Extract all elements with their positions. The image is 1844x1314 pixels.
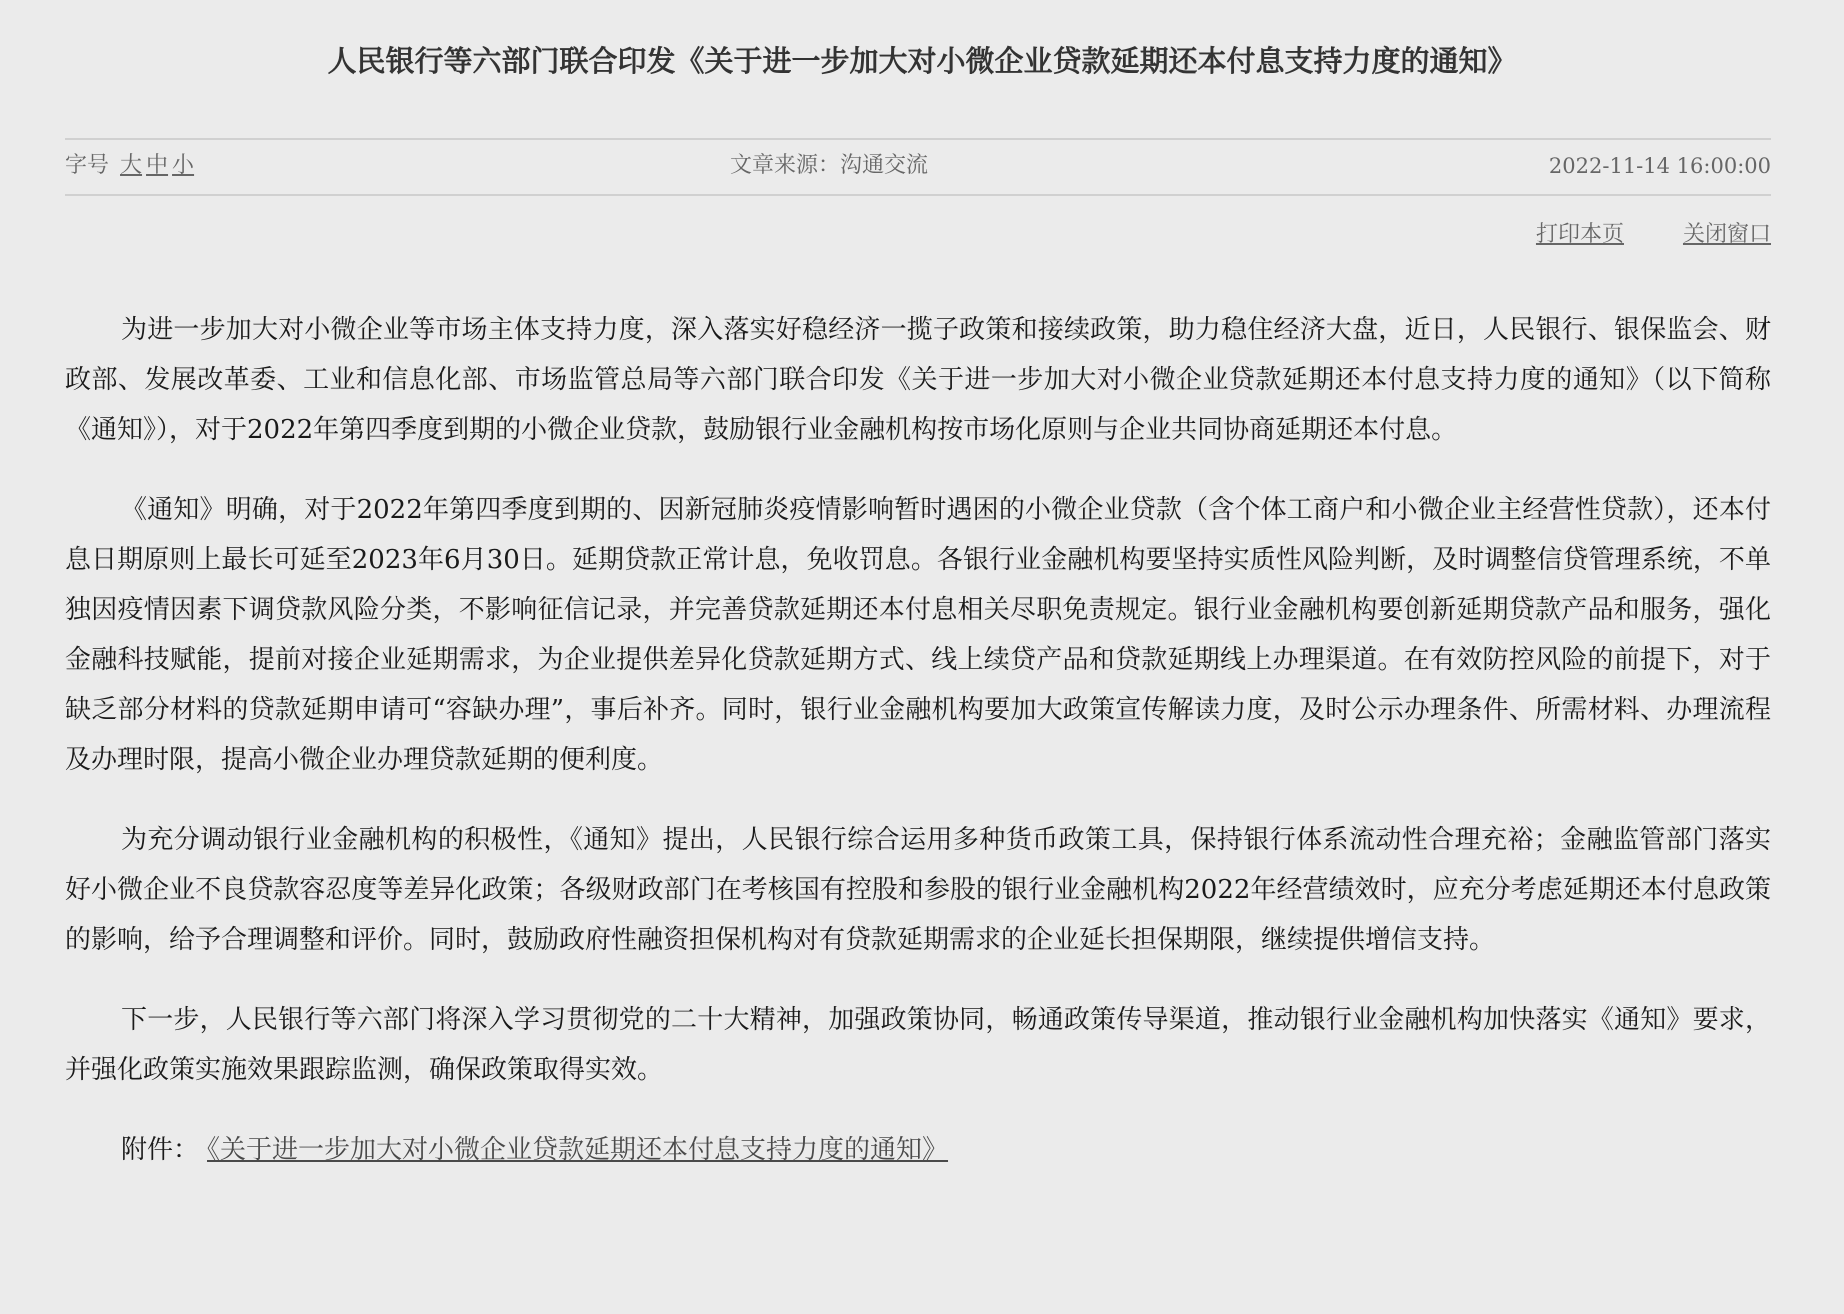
article-meta-bar: 字号 大中小 文章来源：沟通交流 2022-11-14 16:00:00 <box>65 138 1771 196</box>
paragraph-1: 为进一步加大对小微企业等市场主体支持力度，深入落实好稳经济一揽子政策和接续政策，… <box>65 305 1771 455</box>
article-title: 人民银行等六部门联合印发《关于进一步加大对小微企业贷款延期还本付息支持力度的通知… <box>0 36 1844 86</box>
publish-datetime: 2022-11-14 16:00:00 <box>1549 152 1771 180</box>
font-size-small-button[interactable]: 小 <box>172 153 194 178</box>
page-actions: 打印本页 关闭窗口 <box>1484 220 1771 250</box>
attachment-link[interactable]: 《关于进一步加大对小微企业贷款延期还本付息支持力度的通知》 <box>207 1135 948 1165</box>
font-size-medium-button[interactable]: 中 <box>146 153 168 178</box>
font-size-large-button[interactable]: 大 <box>120 153 142 178</box>
print-page-link[interactable]: 打印本页 <box>1536 222 1624 247</box>
source-label: 文章来源： <box>730 153 840 178</box>
close-window-link[interactable]: 关闭窗口 <box>1683 222 1771 247</box>
source-value: 沟通交流 <box>840 153 928 178</box>
article-page: 人民银行等六部门联合印发《关于进一步加大对小微企业贷款延期还本付息支持力度的通知… <box>0 0 1844 1314</box>
article-body: 为进一步加大对小微企业等市场主体支持力度，深入落实好稳经济一揽子政策和接续政策，… <box>65 305 1771 1175</box>
attachment-label: 附件： <box>121 1135 199 1165</box>
font-size-control: 字号 大中小 <box>65 152 194 180</box>
paragraph-3: 为充分调动银行业金融机构的积极性，《通知》提出，人民银行综合运用多种货币政策工具… <box>65 815 1771 965</box>
attachment-line: 附件：《关于进一步加大对小微企业贷款延期还本付息支持力度的通知》 <box>65 1125 1771 1175</box>
article-source: 文章来源：沟通交流 <box>730 152 928 180</box>
paragraph-2: 《通知》明确，对于2022年第四季度到期的、因新冠肺炎疫情影响暂时遇困的小微企业… <box>65 485 1771 785</box>
font-size-label: 字号 <box>65 153 109 178</box>
paragraph-4: 下一步，人民银行等六部门将深入学习贯彻党的二十大精神，加强政策协同，畅通政策传导… <box>65 995 1771 1095</box>
